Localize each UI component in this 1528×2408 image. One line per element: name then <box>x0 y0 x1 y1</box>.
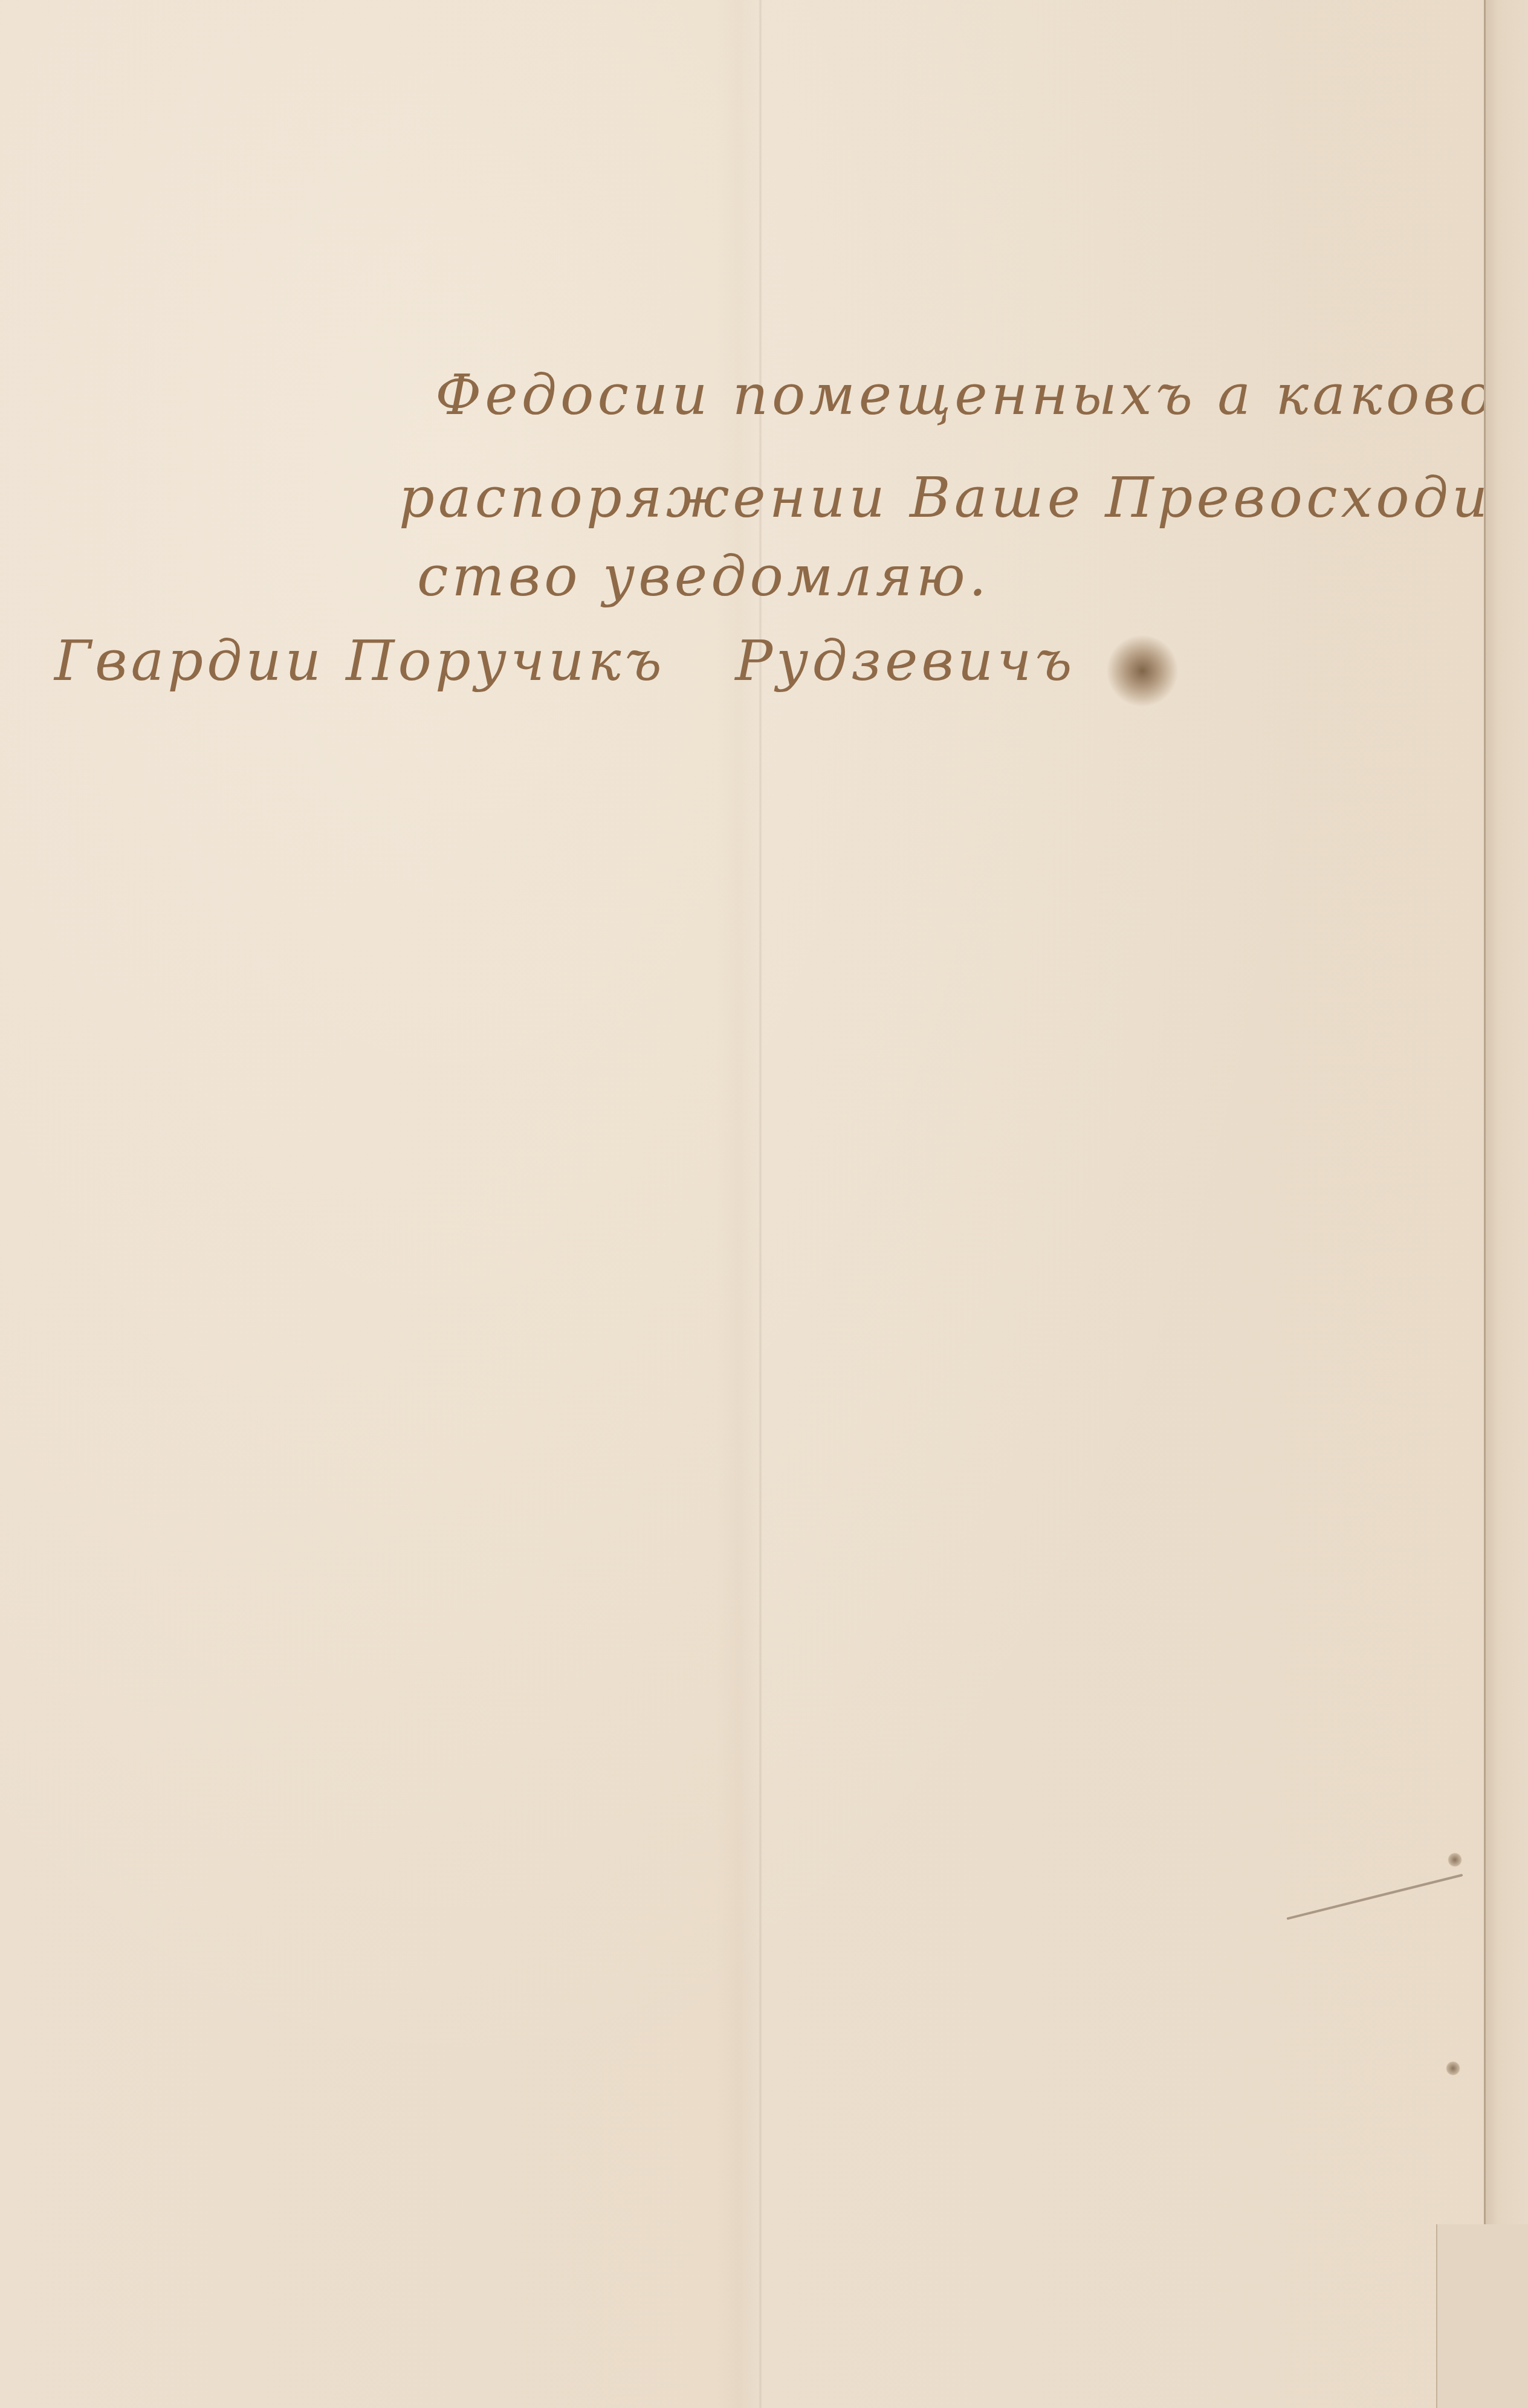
paper-tear <box>1286 1874 1463 1920</box>
paper-fold <box>759 0 762 2408</box>
signature-name: Рудзевичъ <box>735 629 1076 693</box>
body-line-1: Федосии помещенныхъ а каковомъ <box>435 363 1528 427</box>
document-page: Федосии помещенныхъ а каковомъ распоряже… <box>0 0 1493 2408</box>
binding-hole <box>1448 1853 1462 1867</box>
binding-hole <box>1446 2061 1460 2076</box>
lower-page-edge <box>1436 2224 1528 2408</box>
adjacent-page-edge <box>1484 0 1528 2408</box>
ink-blot <box>1106 635 1179 707</box>
body-line-2: распоряжении Ваше Превосходитель <box>399 465 1528 530</box>
signature-line: Гвардии Поручикъ Рудзевичъ <box>54 629 1076 693</box>
body-line-3: ство уведомляю. <box>417 544 990 609</box>
signature-rank: Гвардии Поручикъ <box>54 629 665 693</box>
